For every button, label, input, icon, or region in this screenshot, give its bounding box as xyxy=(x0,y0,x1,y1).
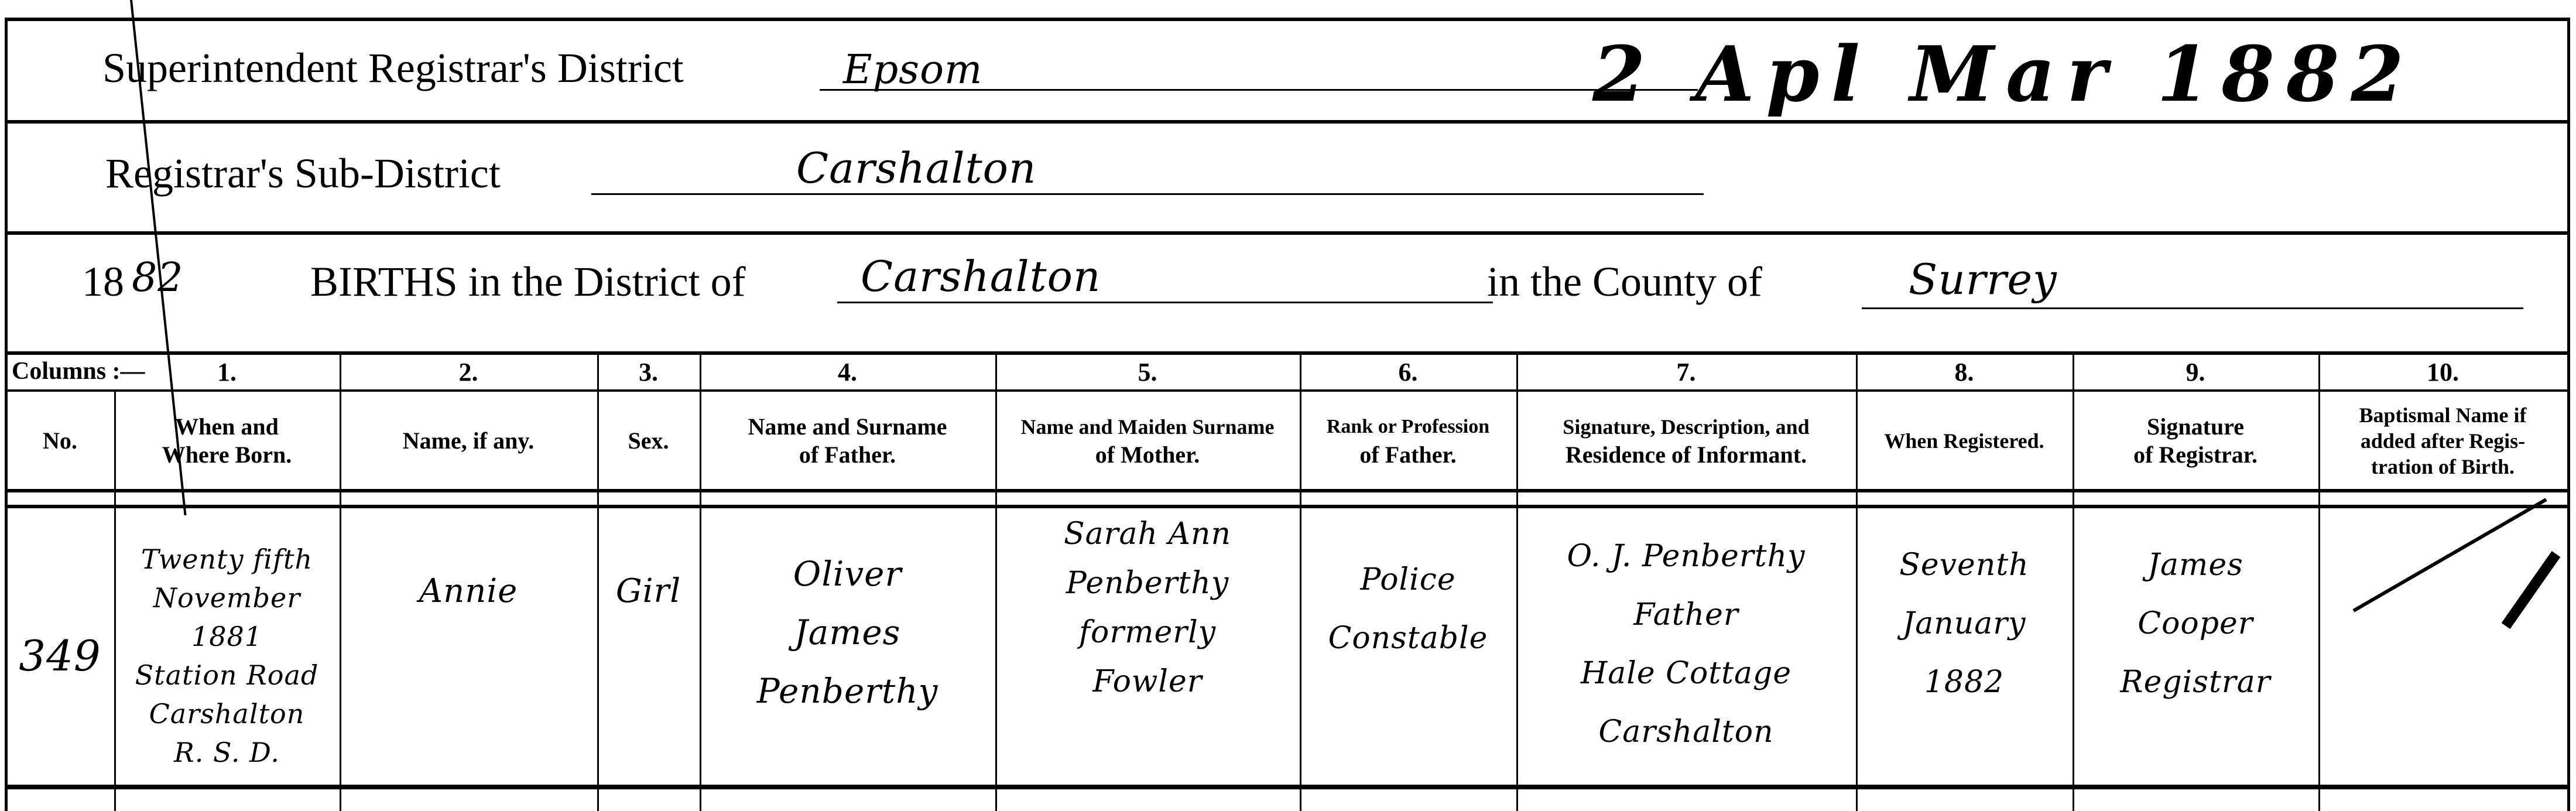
colhead-when-where: When and Where Born. xyxy=(114,392,340,489)
district-value: Carshalton xyxy=(861,252,1101,301)
entry-baptismal-name xyxy=(2318,509,2567,791)
stamp-date: 2 Apl Mar 1882 xyxy=(1592,29,2416,119)
colhead-registrar: Signature of Registrar. xyxy=(2073,392,2318,489)
entry-sex: Girl xyxy=(597,509,700,673)
subdistrict-underline xyxy=(591,193,1704,195)
colhead-name: Name, if any. xyxy=(340,392,597,489)
entry-no: 349 xyxy=(6,509,114,802)
rule-3 xyxy=(5,231,2569,235)
colnum-8: 8. xyxy=(1856,354,2073,389)
frame-right-border xyxy=(2567,18,2570,811)
colnum-10: 10. xyxy=(2318,354,2567,389)
colnum-9: 9. xyxy=(2073,354,2318,389)
entry-rank: Police Constable xyxy=(1300,527,1516,691)
superintendent-underline xyxy=(820,89,1698,91)
entry-name: Annie xyxy=(340,509,597,673)
colhead-no: No. xyxy=(6,392,114,489)
rule-bottom xyxy=(5,785,2569,789)
births-label: BIRTHS in the District of xyxy=(310,258,746,306)
entry-father: Oliver James Penberthy xyxy=(700,515,995,750)
colnum-6: 6. xyxy=(1300,354,1516,389)
colnum-4: 4. xyxy=(700,354,995,389)
subdistrict-value: Carshalton xyxy=(796,143,1036,193)
colnum-7: 7. xyxy=(1516,354,1856,389)
superintendent-label: Superintendent Registrar's District xyxy=(102,44,684,93)
subdistrict-label: Registrar's Sub-District xyxy=(105,149,501,198)
colhead-when-registered: When Registered. xyxy=(1856,392,2073,489)
colhead-informant: Signature, Description, and Residence of… xyxy=(1516,392,1856,489)
county-underline xyxy=(1862,307,2523,309)
rule-2 xyxy=(5,120,2569,124)
county-label: in the County of xyxy=(1487,258,1762,306)
district-underline xyxy=(837,302,1493,303)
entry-when-registered: Seventh January 1882 xyxy=(1856,527,2073,720)
entry-when-where: Twenty fifth November 1881 Station Road … xyxy=(114,509,340,802)
colnum-3: 3. xyxy=(597,354,700,389)
colnum-5: 5. xyxy=(995,354,1300,389)
colnum-1: 1. xyxy=(114,354,340,389)
rule-5 xyxy=(5,389,2569,392)
colhead-father: Name and Surname of Father. xyxy=(700,392,995,489)
colhead-mother: Name and Maiden Surname of Mother. xyxy=(995,392,1300,489)
entry-registrar: James Cooper Registrar xyxy=(2073,527,2318,720)
colnum-2: 2. xyxy=(340,354,597,389)
colhead-rank: Rank or Profession of Father. xyxy=(1300,392,1516,489)
rule-6 xyxy=(5,489,2569,492)
rule-top xyxy=(5,18,2569,21)
year-suffix: 82 xyxy=(132,255,184,301)
colhead-sex: Sex. xyxy=(597,392,700,489)
superintendent-value: Epsom xyxy=(843,47,982,93)
entry-informant: O. J. Penberthy Father Hale Cottage Cars… xyxy=(1516,515,1856,773)
year-prefix: 18 xyxy=(82,258,124,306)
colhead-baptismal: Baptismal Name if added after Regis- tra… xyxy=(2318,392,2567,489)
county-value: Surrey xyxy=(1909,255,2057,304)
rule-entry-top xyxy=(5,505,2569,508)
entry-mother: Sarah Ann Penberthy formerly Fowler xyxy=(995,509,1300,720)
